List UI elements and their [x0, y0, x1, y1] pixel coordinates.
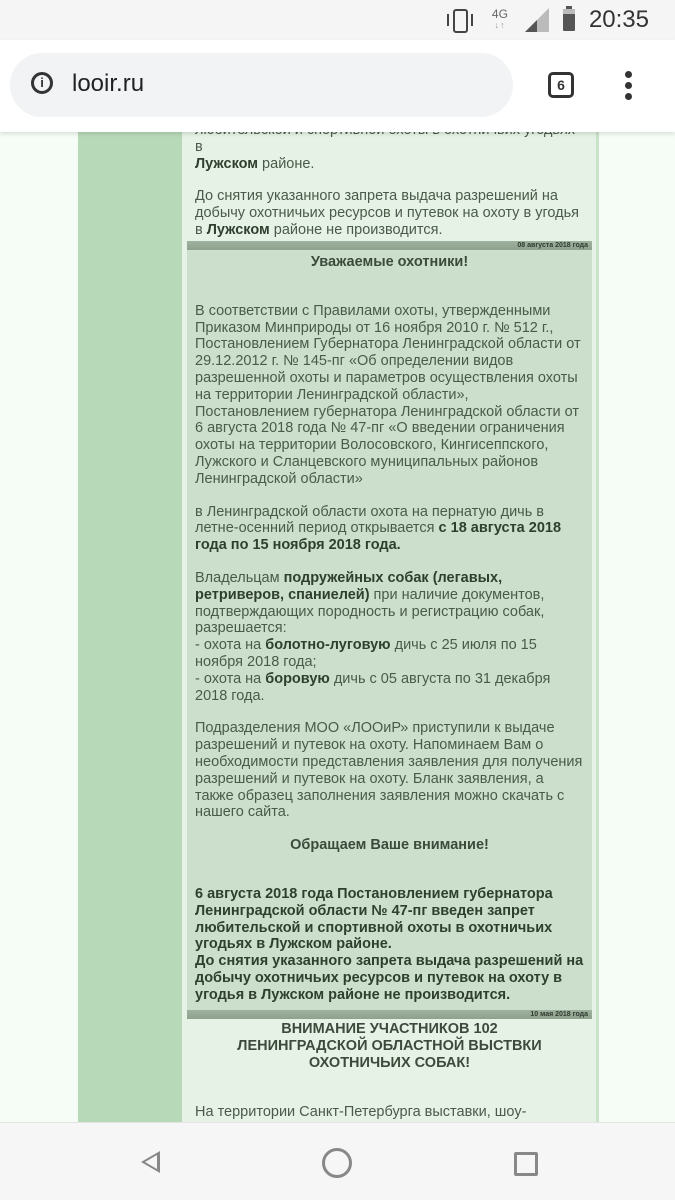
- news-subtitle: Обращаем Ваше внимание!: [187, 837, 592, 854]
- news-date: 10 мая 2018 года: [187, 1010, 592, 1019]
- status-bar: 4G ↓↑ 20:35: [0, 0, 675, 40]
- address-bar[interactable]: i looir.ru: [10, 53, 513, 117]
- network-4g-icon: 4G ↓↑: [489, 9, 511, 31]
- signal-icon: [525, 8, 549, 32]
- clock: 20:35: [589, 6, 649, 34]
- browser-toolbar: i looir.ru 6: [0, 40, 675, 132]
- url-text[interactable]: looir.ru: [72, 70, 144, 98]
- news-title: ВНИМАНИЕ УЧАСТНИКОВ 102 ЛЕНИНГРАДСКОЙ ОБ…: [187, 1019, 592, 1072]
- news-list-item: - охота на болотно-луговую дичь с 25 июл…: [195, 637, 584, 671]
- news-item: ВНИМАНИЕ УЧАСТНИКОВ 102 ЛЕНИНГРАДСКОЙ ОБ…: [187, 1019, 592, 1122]
- main-content: любительской и спортивной охоты в охотни…: [182, 132, 599, 1122]
- web-page: любительской и спортивной охоты в охотни…: [0, 132, 675, 1122]
- news-bold-paragraph: 6 августа 2018 года Постановлением губер…: [195, 886, 553, 952]
- vibrate-icon: [445, 7, 475, 33]
- news-paragraph: На территории Санкт-Петербурга выставки,…: [195, 1104, 584, 1122]
- back-icon[interactable]: [141, 1151, 160, 1173]
- left-sidebar: [78, 132, 182, 1122]
- recents-icon[interactable]: [514, 1152, 538, 1176]
- more-menu-icon[interactable]: [620, 71, 636, 101]
- news-bold-paragraph: До снятия указанного запрета выдача разр…: [195, 953, 583, 1003]
- news-title: Уважаемые охотники!: [187, 250, 592, 271]
- tab-switcher-button[interactable]: 6: [548, 72, 574, 98]
- battery-icon: [563, 9, 575, 31]
- news-list-item: - охота на боровую дичь с 05 августа по …: [195, 671, 584, 705]
- news-item: Уважаемые охотники! В соответствии с Пра…: [187, 250, 592, 1010]
- home-icon[interactable]: [322, 1148, 352, 1178]
- info-icon[interactable]: i: [31, 72, 53, 94]
- news-paragraph: В соответствии с Правилами охоты, утверж…: [195, 303, 584, 488]
- news-paragraph: в Ленинградской области охота на пернату…: [195, 504, 584, 554]
- news-date: 08 августа 2018 года: [187, 241, 592, 250]
- news-paragraph: Подразделения МОО «ЛООиР» приступили к в…: [195, 720, 584, 821]
- news-paragraph: Владельцам подружейных собак (легавых, р…: [195, 570, 584, 637]
- intro-text: любительской и спортивной охоты в охотни…: [182, 132, 596, 239]
- system-nav-bar: [0, 1122, 675, 1200]
